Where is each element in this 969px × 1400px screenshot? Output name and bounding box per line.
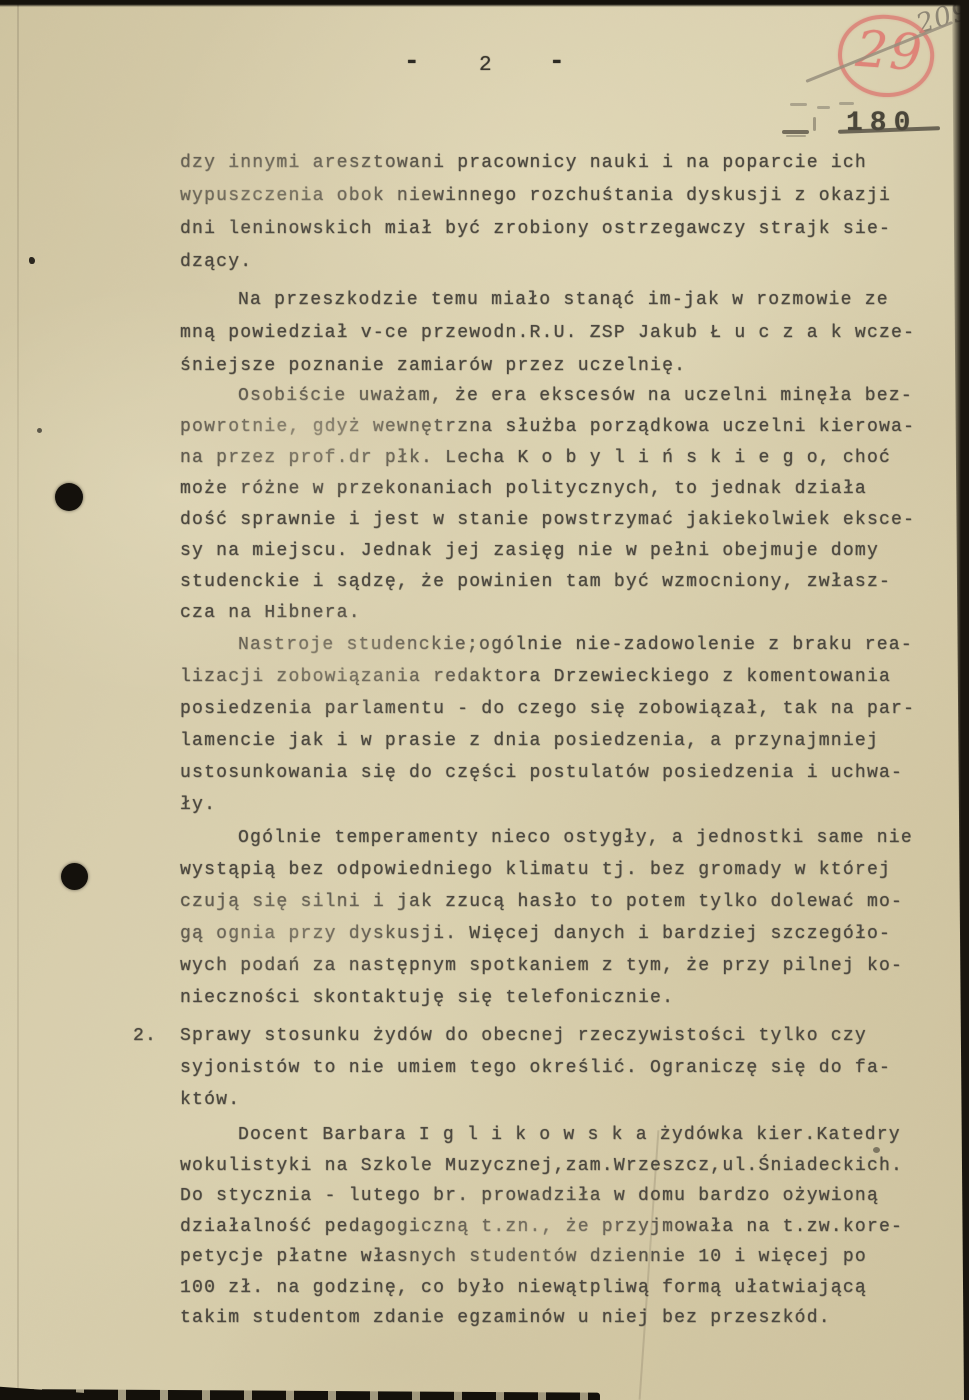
scan-edge-top <box>0 0 969 7</box>
typewritten-line: dzący. <box>180 246 930 279</box>
typewritten-paragraph: Ogólnie temperamenty nieco ostygły, a je… <box>180 822 930 1014</box>
ink-speck <box>873 1147 880 1153</box>
hole-punch-mark <box>55 483 83 511</box>
typewritten-line: Na przeszkodzie temu miało stanąć im-jak… <box>180 284 930 317</box>
typewritten-line: cza na Hibnera. <box>180 598 930 629</box>
typewritten-line: wypuszczenia obok niewinnego rozchuśtani… <box>180 180 930 213</box>
typewritten-line: czują się silni i jak zzucą hasło to pot… <box>180 886 930 918</box>
typewritten-line: wych podań za następnym spotkaniem z tym… <box>180 950 930 982</box>
typewritten-line: lizacji zobowiązania redaktora Drzewieck… <box>180 661 930 693</box>
typewritten-line: ustosunkowania się do części postulatów … <box>180 757 930 789</box>
typewritten-text-block: dzy innymi aresztowani pracownicy nauki … <box>0 0 969 1400</box>
typewritten-paragraph: Nastroje studenckie;ogólnie nie-zadowole… <box>180 629 930 821</box>
typewritten-line: 100 zł. na godzinę, co było niewątpliwą … <box>180 1273 930 1304</box>
typewritten-line: posiedzenia parlamentu - do czego się zo… <box>180 693 930 725</box>
typewritten-line: mną powiedział v-ce przewodn.R.U. ZSP Ja… <box>180 317 930 350</box>
typewritten-line: Sprawy stosunku żydów do obecnej rzeczyw… <box>180 1020 930 1052</box>
typewritten-line: dzy innymi aresztowani pracownicy nauki … <box>180 147 930 180</box>
typewritten-line: może różne w przekonaniach politycznych,… <box>180 474 930 505</box>
list-item-number: 2. <box>133 1020 157 1052</box>
typewritten-line: petycje płatne własnych studentów dzienn… <box>180 1242 930 1273</box>
typewritten-line: Nastroje studenckie;ogólnie nie-zadowole… <box>180 629 930 661</box>
ink-speck <box>37 428 42 433</box>
typewritten-line: Osobiście uważam, że era ekscesów na ucz… <box>180 381 930 412</box>
typewritten-paragraph: Docent Barbara I g l i k o w s k a żydów… <box>180 1120 930 1334</box>
typewritten-line: takim studentom zdanie egzaminów u niej … <box>180 1303 930 1334</box>
typewritten-line: Do stycznia - lutego br. prowadziła w do… <box>180 1181 930 1212</box>
typewritten-line: lamencie jak i w prasie z dnia posiedzen… <box>180 725 930 757</box>
typewritten-paragraph: dzy innymi aresztowani pracownicy nauki … <box>180 147 930 279</box>
document-scan-page: - 2 - 209 29 180 dzy innymi aresztowani … <box>0 0 969 1400</box>
typewritten-line: Ogólnie temperamenty nieco ostygły, a je… <box>180 822 930 854</box>
hole-punch-mark <box>61 863 88 890</box>
typewritten-line: wystąpią bez odpowiedniego klimatu tj. b… <box>180 854 930 886</box>
typewritten-line: śniejsze poznanie zamiarów przez uczelni… <box>180 350 930 383</box>
typewritten-line: któw. <box>180 1084 930 1116</box>
typewritten-paragraph: Na przeszkodzie temu miało stanąć im-jak… <box>180 284 930 383</box>
ink-speck <box>29 257 35 264</box>
typewritten-line: ły. <box>180 789 930 821</box>
typewritten-line: dni leninowskich miał być zrobiony ostrz… <box>180 213 930 246</box>
typewritten-line: Docent Barbara I g l i k o w s k a żydów… <box>180 1120 930 1151</box>
typewritten-line: gą ognia przy dyskusji. Więcej danych i … <box>180 918 930 950</box>
typewritten-line: na przez prof.dr płk. Lecha K o b y l i … <box>180 443 930 474</box>
typewritten-line: sy na miejscu. Jednak jej zasięg nie w p… <box>180 536 930 567</box>
typewritten-line: wokulistyki na Szkole Muzycznej,zam.Wrze… <box>180 1151 930 1182</box>
typewritten-line: dość sprawnie i jest w stanie powstrzyma… <box>180 505 930 536</box>
typewritten-paragraph: Osobiście uważam, że era ekscesów na ucz… <box>180 381 930 629</box>
typewritten-paragraph: 2.Sprawy stosunku żydów do obecnej rzecz… <box>180 1020 930 1116</box>
typewritten-line: działalność pedagogiczną t.zn., że przyj… <box>180 1212 930 1243</box>
typewritten-line: powrotnie, gdyż wewnętrzna służba porząd… <box>180 412 930 443</box>
typewritten-line: nieczności skontaktuję się telefonicznie… <box>180 982 930 1014</box>
typewritten-line: studenckie i sądzę, że powinien tam być … <box>180 567 930 598</box>
typewritten-line: syjonistów to nie umiem tego określić. O… <box>180 1052 930 1084</box>
